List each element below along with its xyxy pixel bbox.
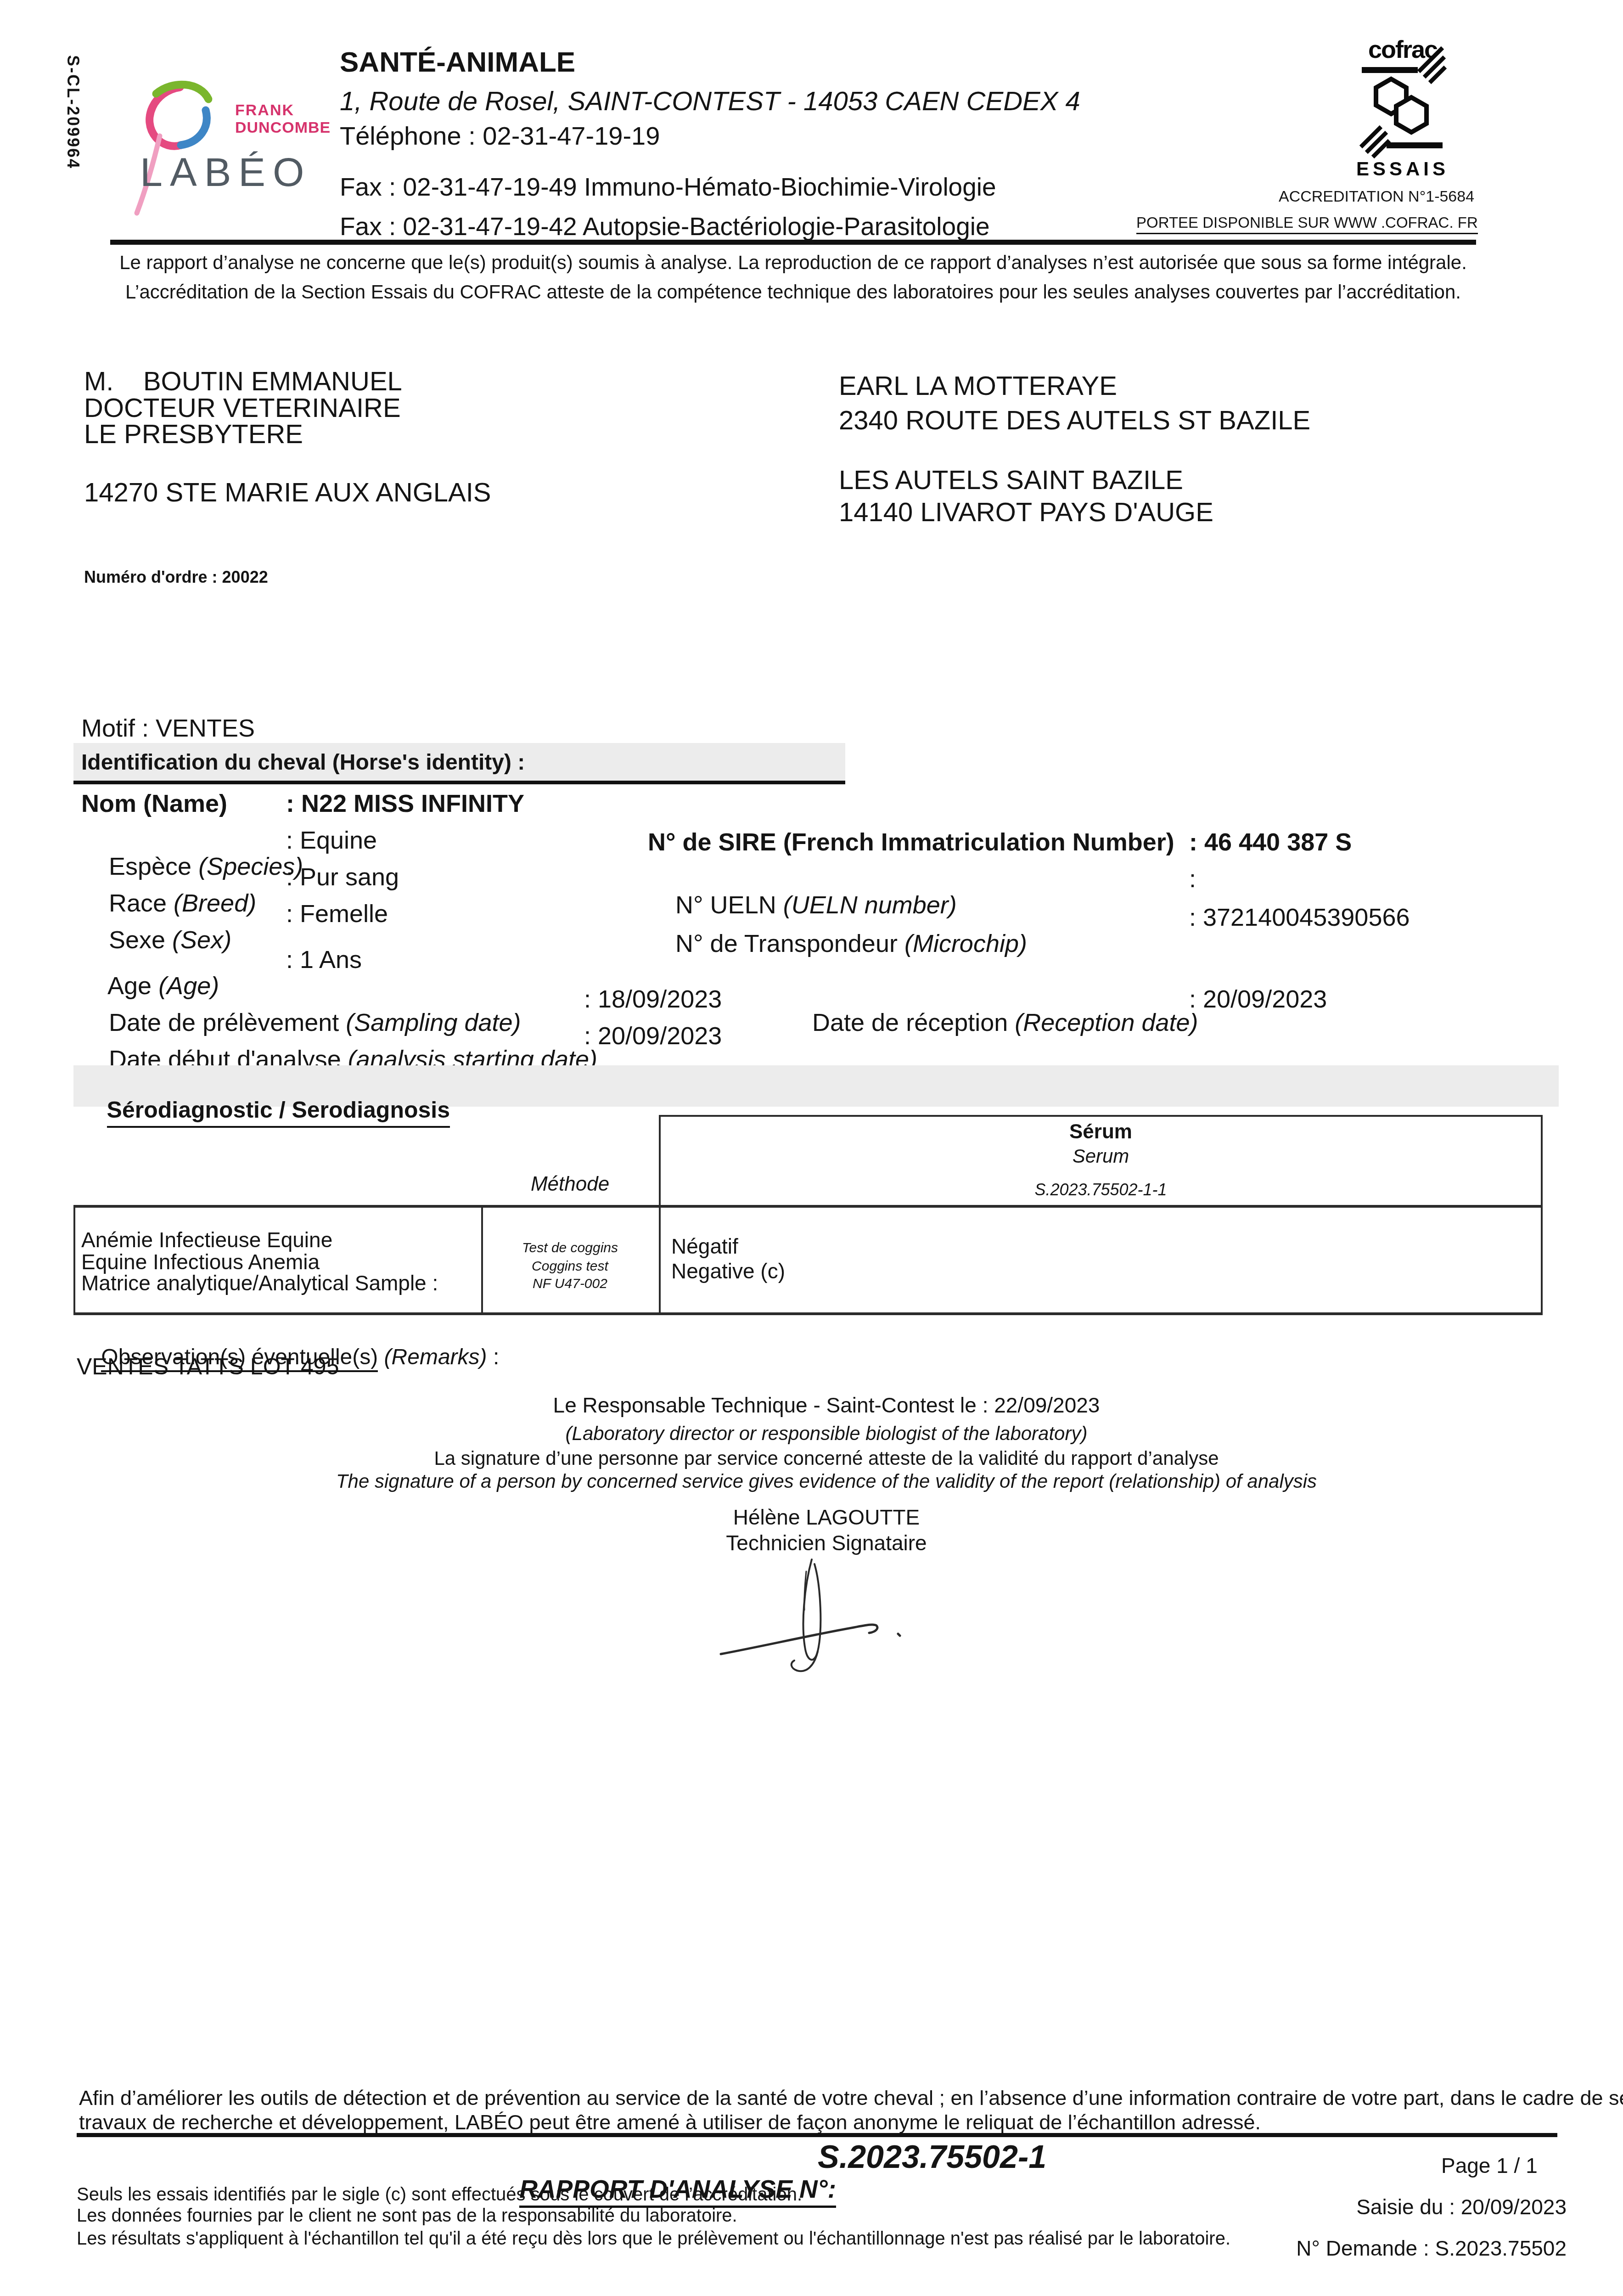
signoff-line-4: The signature of a person by concerned s… bbox=[138, 1471, 1515, 1492]
serology-section-title-text: Sérodiagnostic / Serodiagnosis bbox=[107, 1097, 450, 1128]
svg-text:cofrac: cofrac bbox=[1368, 36, 1438, 63]
signatory-role: Technicien Signataire bbox=[138, 1532, 1515, 1554]
cofrac-essais-icon: cofrac ESSAIS bbox=[1354, 24, 1451, 180]
labeo-wordmark: LABÉO bbox=[140, 151, 311, 193]
reception-date-label: Date de réception (Reception date) bbox=[785, 984, 1198, 1063]
owner-line: EARL LA MOTTERAYE bbox=[839, 372, 1117, 400]
microchip-value: : 372140045390566 bbox=[1189, 905, 1410, 931]
horse-name-label: Nom (Name) bbox=[81, 791, 227, 817]
report-number-value: S.2023.75502-1 bbox=[818, 2140, 1046, 2174]
page-indicator: Page 1 / 1 bbox=[1441, 2155, 1538, 2177]
labeo-sub2: DUNCOMBE bbox=[235, 119, 331, 136]
remarks-value: VENTES TATTS LOT 495 bbox=[77, 1355, 339, 1379]
footer-note-2: Les données fournies par le client ne so… bbox=[77, 2206, 737, 2225]
reception-date-value: : 20/09/2023 bbox=[1189, 986, 1327, 1013]
microchip-label-fr: N° de Transpondeur bbox=[675, 930, 904, 957]
sire-label: N° de SIRE (French Immatriculation Numbe… bbox=[648, 829, 1174, 855]
serum-header-fr: Sérum bbox=[659, 1121, 1543, 1143]
lab-address: 1, Route de Rosel, SAINT-CONTEST - 14053… bbox=[340, 87, 1080, 115]
serology-section-title: Sérodiagnostic / Serodiagnosis bbox=[81, 1074, 450, 1147]
research-note-line-1: Afin d’améliorer les outils de détection… bbox=[79, 2087, 1623, 2109]
result-value-fr: Négatif bbox=[671, 1235, 738, 1258]
vertical-sample-code: S-CL-209964 bbox=[64, 55, 82, 169]
lab-fax2: Fax : 02-31-47-19-42 Autopsie-Bactériolo… bbox=[340, 213, 990, 240]
reception-date-label-fr: Date de réception bbox=[812, 1009, 1015, 1036]
serum-box-top-border bbox=[659, 1115, 1543, 1117]
owner-line: 2340 ROUTE DES AUTELS ST BAZILE bbox=[839, 406, 1310, 434]
recipient-line: M. BOUTIN EMMANUEL bbox=[84, 367, 402, 395]
table-left-border bbox=[73, 1205, 75, 1315]
signoff-line-3: La signature d’une personne par service … bbox=[138, 1448, 1515, 1469]
method-line-1: Test de coggins bbox=[481, 1241, 659, 1255]
analyte-name-en: Equine Infectious Anemia bbox=[81, 1251, 320, 1273]
entry-date: Saisie du : 20/09/2023 bbox=[1356, 2196, 1567, 2218]
method-line-2: Coggins test bbox=[481, 1259, 659, 1274]
breed-value: : Pur sang bbox=[286, 864, 399, 890]
analyte-name-fr: Anémie Infectieuse Equine bbox=[81, 1229, 332, 1251]
recipient-line: DOCTEUR VETERINAIRE bbox=[84, 394, 401, 422]
microchip-label-en: (Microchip) bbox=[904, 930, 1027, 957]
age-value: : 1 Ans bbox=[286, 947, 362, 973]
order-number: Numéro d'ordre : 20022 bbox=[84, 568, 268, 586]
methode-column-header: Méthode bbox=[481, 1174, 659, 1195]
disclaimer-line-1: Le rapport d’analyse ne concerne que le(… bbox=[110, 253, 1476, 273]
labeo-swirl-icon bbox=[132, 77, 224, 219]
owner-line: LES AUTELS SAINT BAZILE bbox=[839, 466, 1183, 494]
cofrac-portee-link: PORTEE DISPONIBLE SUR WWW .COFRAC. FR bbox=[1136, 215, 1478, 234]
signature-scribble bbox=[716, 1556, 914, 1675]
svg-text:ESSAIS: ESSAIS bbox=[1356, 158, 1449, 180]
request-number: N° Demande : S.2023.75502 bbox=[1296, 2237, 1567, 2260]
sample-id: S.2023.75502-1-1 bbox=[659, 1181, 1543, 1199]
disclaimer-line-2: L’accréditation de la Section Essais du … bbox=[110, 282, 1476, 303]
remarks-label-colon: : bbox=[487, 1345, 500, 1369]
footer-note-3: Les résultats s'appliquent à l'échantill… bbox=[77, 2229, 1230, 2248]
owner-line: 14140 LIVAROT PAYS D'AUGE bbox=[839, 498, 1213, 526]
analysis-start-value: : 20/09/2023 bbox=[584, 1023, 722, 1049]
reception-date-label-en: (Reception date) bbox=[1015, 1009, 1198, 1036]
footer-divider bbox=[77, 2133, 1557, 2137]
footer-note-1: Seuls les essais identifiés par le sigle… bbox=[77, 2185, 802, 2204]
serum-box-right-border bbox=[1541, 1115, 1543, 1315]
table-bottom-border bbox=[73, 1312, 1543, 1315]
analysis-report-page: S-CL-209964 FRANK DUNCOMBE LABÉO SANTÉ-A… bbox=[0, 0, 1623, 2296]
sire-value: : 46 440 387 S bbox=[1189, 829, 1352, 855]
cofrac-accreditation: ACCREDITATION N°1-5684 bbox=[1279, 188, 1474, 205]
identity-section-title: Identification du cheval (Horse's identi… bbox=[81, 751, 525, 775]
signatory-name: Hélène LAGOUTTE bbox=[138, 1506, 1515, 1529]
serum-box-left-border bbox=[659, 1115, 661, 1315]
header-divider bbox=[110, 240, 1476, 245]
species-value: : Equine bbox=[286, 827, 377, 854]
serum-header-en: Serum bbox=[659, 1146, 1543, 1167]
lab-fax1: Fax : 02-31-47-19-49 Immuno-Hémato-Bioch… bbox=[340, 174, 996, 200]
recipient-line: LE PRESBYTERE bbox=[84, 420, 303, 448]
horse-name-value: : N22 MISS INFINITY bbox=[286, 791, 524, 817]
analyte-matrix-label: Matrice analytique/Analytical Sample : bbox=[81, 1272, 438, 1294]
lab-phone: Téléphone : 02-31-47-19-19 bbox=[340, 122, 660, 149]
method-line-3: NF U47-002 bbox=[481, 1277, 659, 1291]
research-note-line-2: travaux de recherche et développement, L… bbox=[79, 2111, 1261, 2133]
remarks-label-en: (Remarks) bbox=[378, 1345, 487, 1369]
sampling-date-value: : 18/09/2023 bbox=[584, 986, 722, 1013]
sex-value: : Femelle bbox=[286, 901, 388, 927]
table-row-separator bbox=[73, 1205, 1543, 1208]
microchip-label: N° de Transpondeur (Microchip) bbox=[648, 905, 1027, 984]
motif-line: Motif : VENTES bbox=[81, 715, 255, 742]
signoff-line-2: (Laboratory director or responsible biol… bbox=[138, 1424, 1515, 1444]
result-value-en: Negative (c) bbox=[671, 1260, 785, 1283]
labeo-sub1: FRANK bbox=[235, 102, 294, 118]
recipient-line: 14270 STE MARIE AUX ANGLAIS bbox=[84, 478, 491, 506]
signoff-line-1: Le Responsable Technique - Saint-Contest… bbox=[138, 1394, 1515, 1417]
page-title: SANTÉ-ANIMALE bbox=[340, 47, 575, 78]
ueln-value: : bbox=[1189, 866, 1196, 892]
